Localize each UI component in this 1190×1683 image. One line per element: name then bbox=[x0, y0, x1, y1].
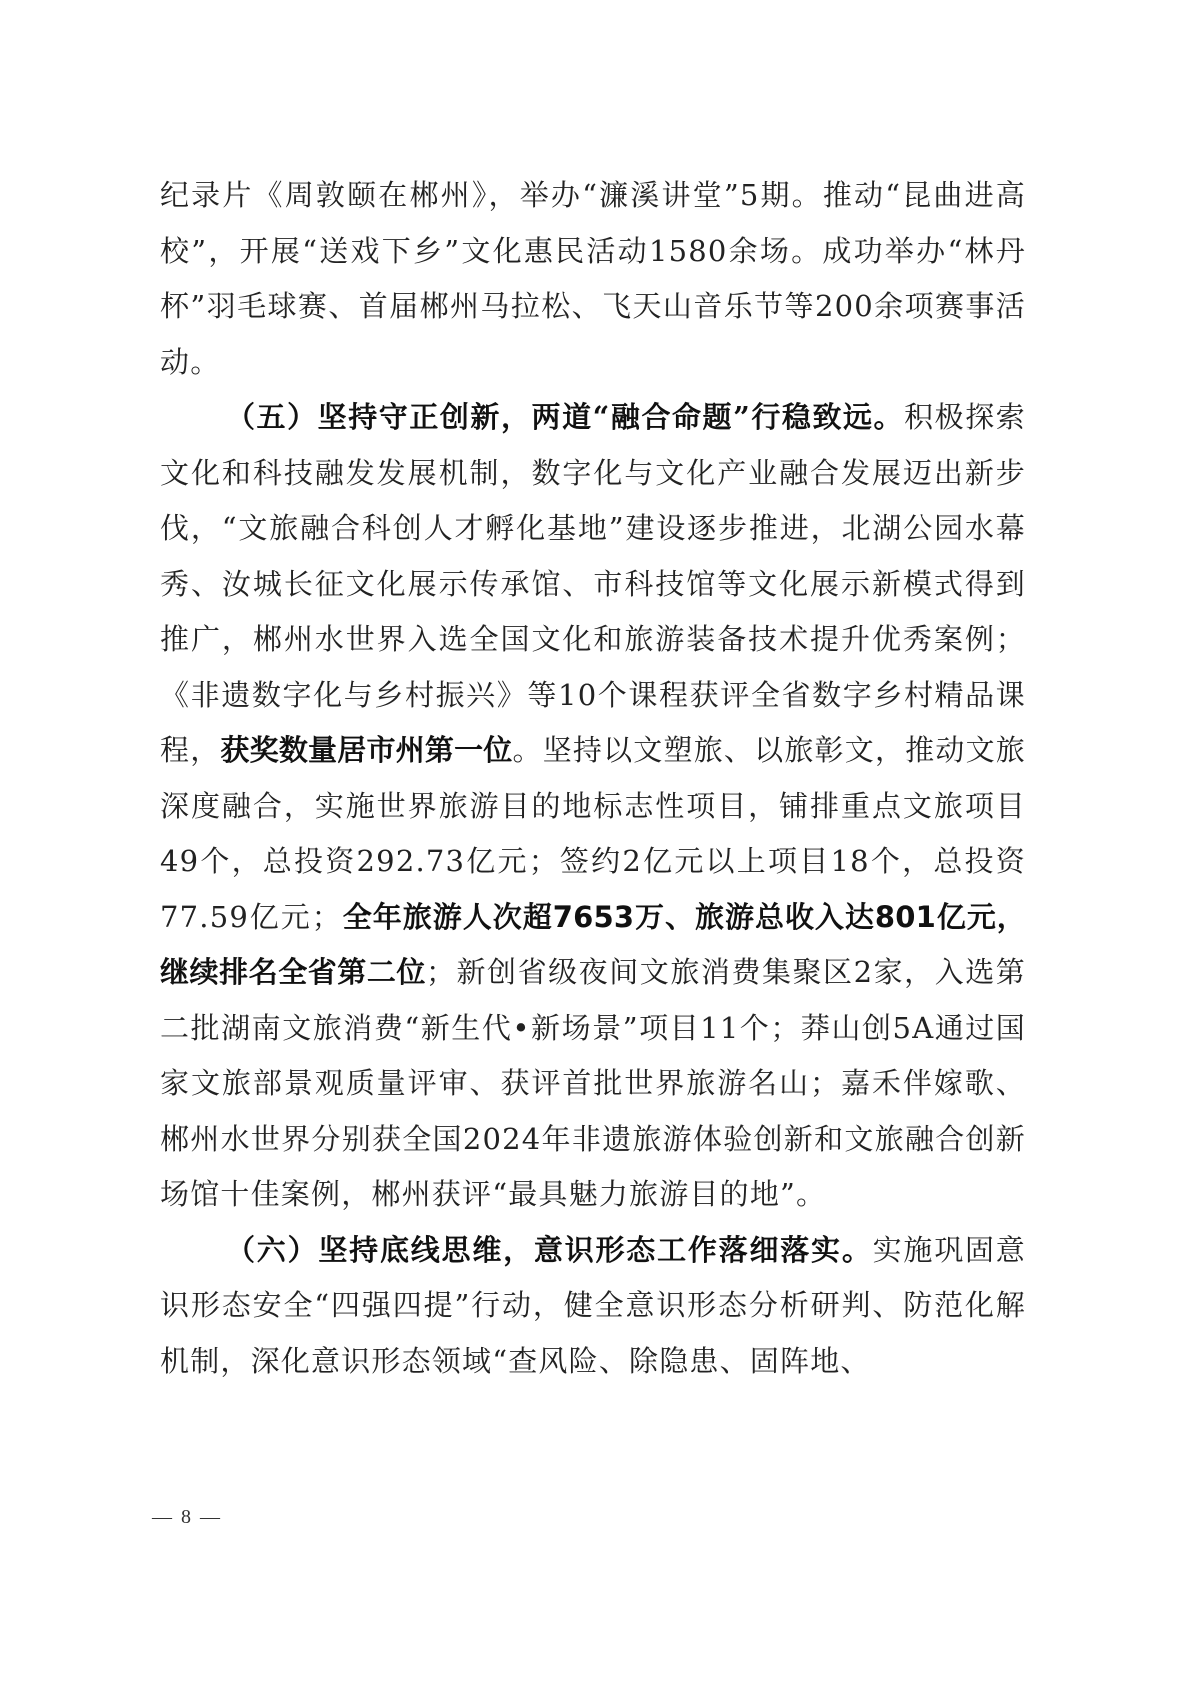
document-page: 纪录片《周敦颐在郴州》，举办“濂溪讲堂”5期。推动“昆曲进高校”，开展“送戏下乡… bbox=[0, 0, 1190, 1683]
paragraph-text: 积极探索文化和科技融发发展机制，数字化与文化产业融合发展迈出新步伐，“文旅融合科… bbox=[160, 400, 1026, 767]
section-heading: （五）坚持守正创新，两道“融合命题”行稳致远。 bbox=[226, 400, 904, 434]
paragraph-section-5: （五）坚持守正创新，两道“融合命题”行稳致远。积极探索文化和科技融发发展机制，数… bbox=[160, 390, 1026, 1223]
page-number: — 8 — bbox=[152, 1506, 222, 1529]
paragraph-section-6: （六）坚持底线思维，意识形态工作落细落实。实施巩固意识形态安全“四强四提”行动，… bbox=[160, 1223, 1026, 1390]
paragraph-text: ；新创省级夜间文旅消费集聚区2家，入选第二批湖南文旅消费“新生代•新场景”项目1… bbox=[160, 955, 1026, 1211]
document-body: 纪录片《周敦颐在郴州》，举办“濂溪讲堂”5期。推动“昆曲进高校”，开展“送戏下乡… bbox=[160, 168, 1026, 1389]
paragraph-continuation: 纪录片《周敦颐在郴州》，举办“濂溪讲堂”5期。推动“昆曲进高校”，开展“送戏下乡… bbox=[160, 168, 1026, 390]
emphasis-text: 获奖数量居市州第一位 bbox=[220, 733, 512, 767]
paragraph-text: 纪录片《周敦颐在郴州》，举办“濂溪讲堂”5期。推动“昆曲进高校”，开展“送戏下乡… bbox=[160, 178, 1026, 379]
section-heading: （六）坚持底线思维，意识形态工作落细落实。 bbox=[226, 1233, 873, 1267]
